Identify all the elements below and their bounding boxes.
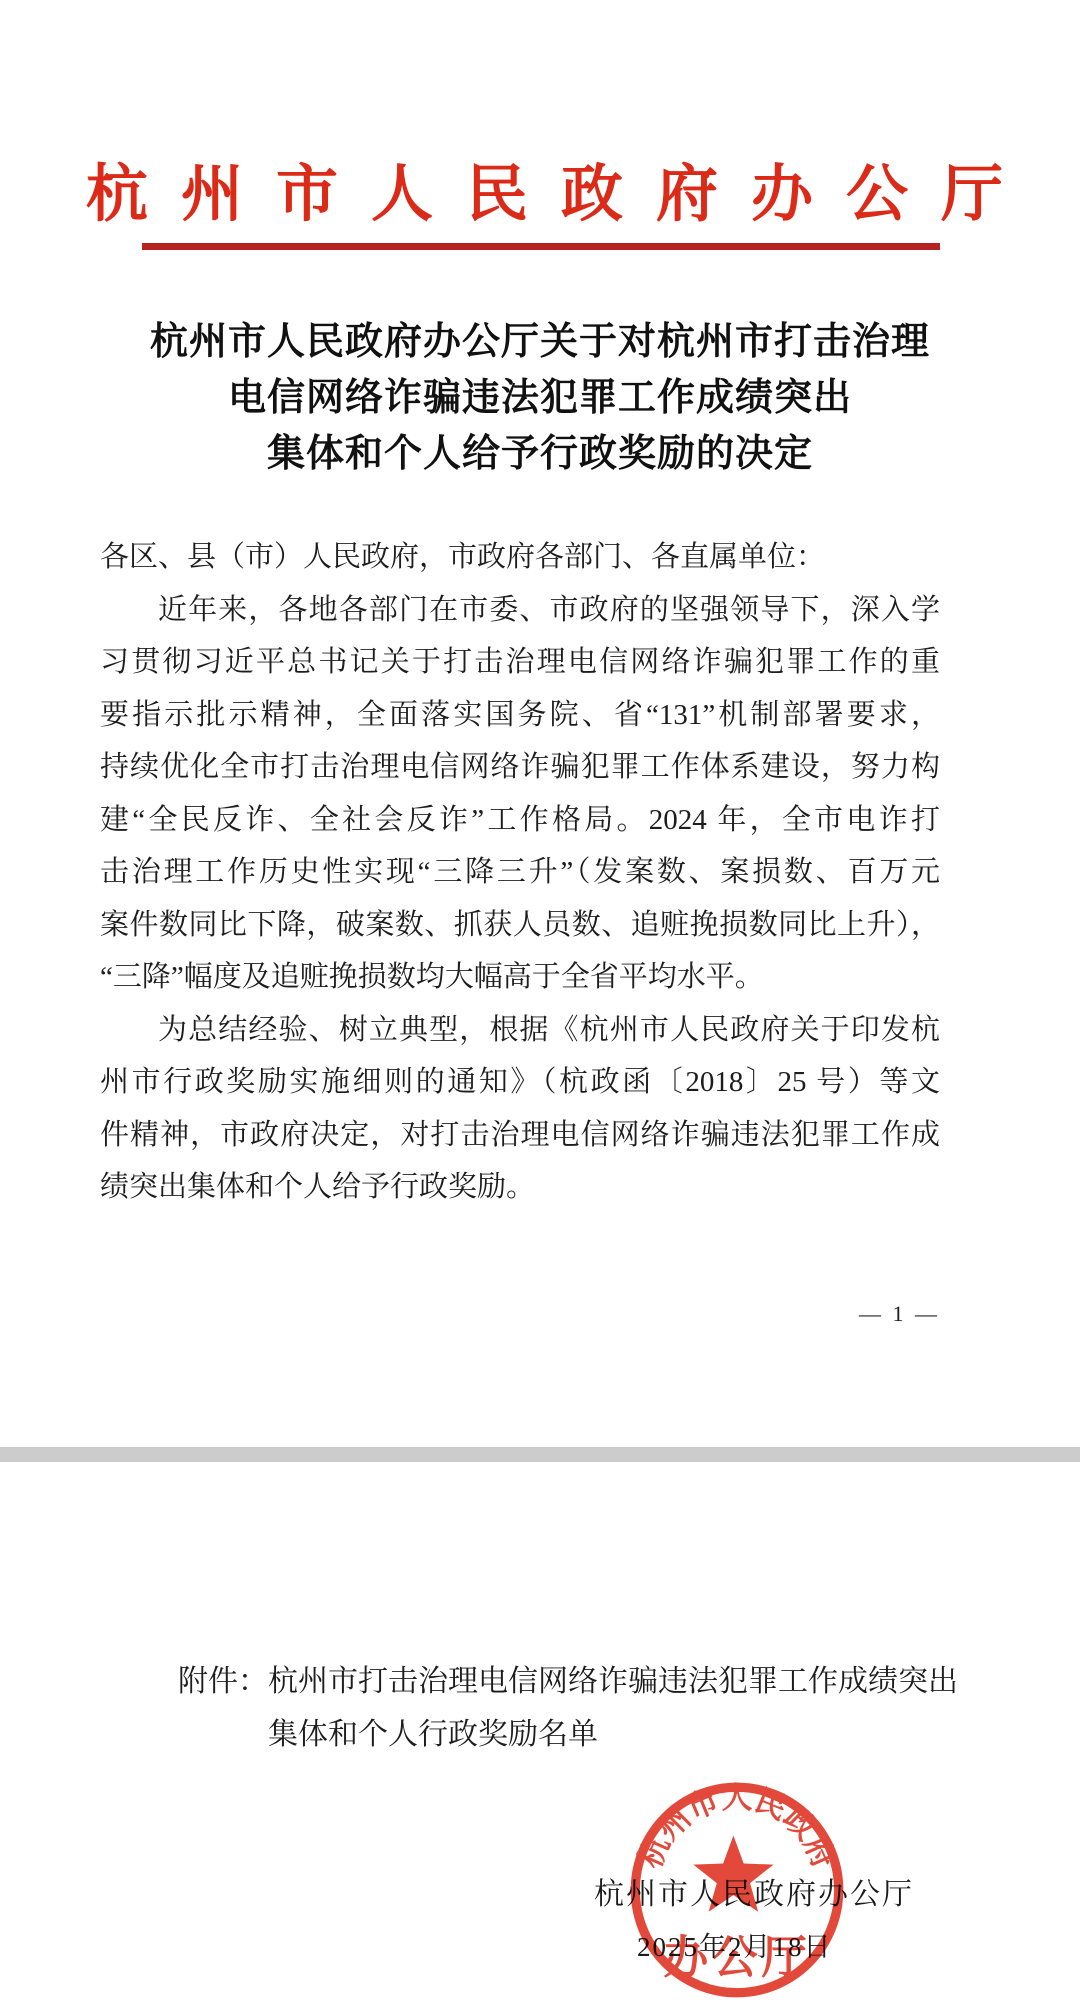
body-line: 持续优化全市打击治理电信网络诈骗犯罪工作体系建设，努力构 (100, 741, 940, 794)
body-line: 习贯彻习近平总书记关于打击治理电信网络诈骗犯罪工作的重 (100, 636, 940, 689)
attachment-title-part-1: 杭州市打击治理电信网络诈骗违法犯罪工作成绩突出 (268, 1665, 958, 1698)
document-title-line-3: 集体和个人给予行政奖励的决定 (70, 426, 1010, 482)
body-line: 要指示批示精神，全面落实国务院、省“131”机制部署要求， (100, 689, 940, 742)
attachment-block: 附件：杭州市打击治理电信网络诈骗违法犯罪工作成绩突出 集体和个人行政奖励名单 (178, 1656, 958, 1760)
body-line: 建“全民反诈、全社会反诈”工作格局。2024 年，全市电诈打 (100, 794, 940, 847)
body-line: 为总结经验、树立典型，根据《杭州市人民政府关于印发杭 (100, 1004, 940, 1057)
body-line: 州市行政奖励实施细则的通知》（杭政函〔2018〕25 号）等文 (100, 1056, 940, 1109)
body-line: 案件数同比下降，破案数、抓获人员数、追赃挽损数同比上升）， (100, 899, 940, 952)
body-line: 近年来，各地各部门在市委、市政府的坚强领导下，深入学 (100, 584, 940, 637)
document-title-line-1: 杭州市人民政府办公厅关于对杭州市打击治理 (70, 314, 1010, 370)
attachment-line-1: 附件：杭州市打击治理电信网络诈骗违法犯罪工作成绩突出 (178, 1656, 958, 1707)
seal-bottom-text: 办公厅 (663, 1933, 811, 1983)
document-title-line-2: 电信网络诈骗违法犯罪工作成绩突出 (70, 370, 1010, 426)
official-seal: 杭州市人民政府 办公厅 (626, 1778, 848, 2002)
document-title: 杭州市人民政府办公厅关于对杭州市打击治理 电信网络诈骗违法犯罪工作成绩突出 集体… (70, 314, 1010, 482)
body-line: 绩突出集体和个人给予行政奖励。 (100, 1161, 940, 1214)
agency-header: 杭州市人民政府办公厅 (70, 144, 1010, 233)
attachment-line-2: 集体和个人行政奖励名单 (268, 1709, 958, 1760)
seal-star-icon (693, 1836, 773, 1912)
attachment-label: 附件： (178, 1665, 268, 1698)
page-separator-band (0, 1447, 1080, 1462)
salutation-line: 各区、县（市）人民政府，市政府各部门、各直属单位： (100, 531, 940, 584)
document-body: 各区、县（市）人民政府，市政府各部门、各直属单位： 近年来，各地各部门在市委、市… (100, 531, 940, 1214)
body-line: “三降”幅度及追赃挽损数均大幅高于全省平均水平。 (100, 951, 940, 1004)
body-line: 击治理工作历史性实现“三降三升”（发案数、案损数、百万元 (100, 846, 940, 899)
body-line: 件精神，市政府决定，对打击治理电信网络诈骗违法犯罪工作成 (100, 1109, 940, 1162)
header-red-rule (142, 243, 940, 250)
document-page: 杭州市人民政府办公厅 杭州市人民政府办公厅关于对杭州市打击治理 电信网络诈骗违法… (0, 0, 1080, 2002)
page-number: — 1 — (830, 1301, 940, 1327)
